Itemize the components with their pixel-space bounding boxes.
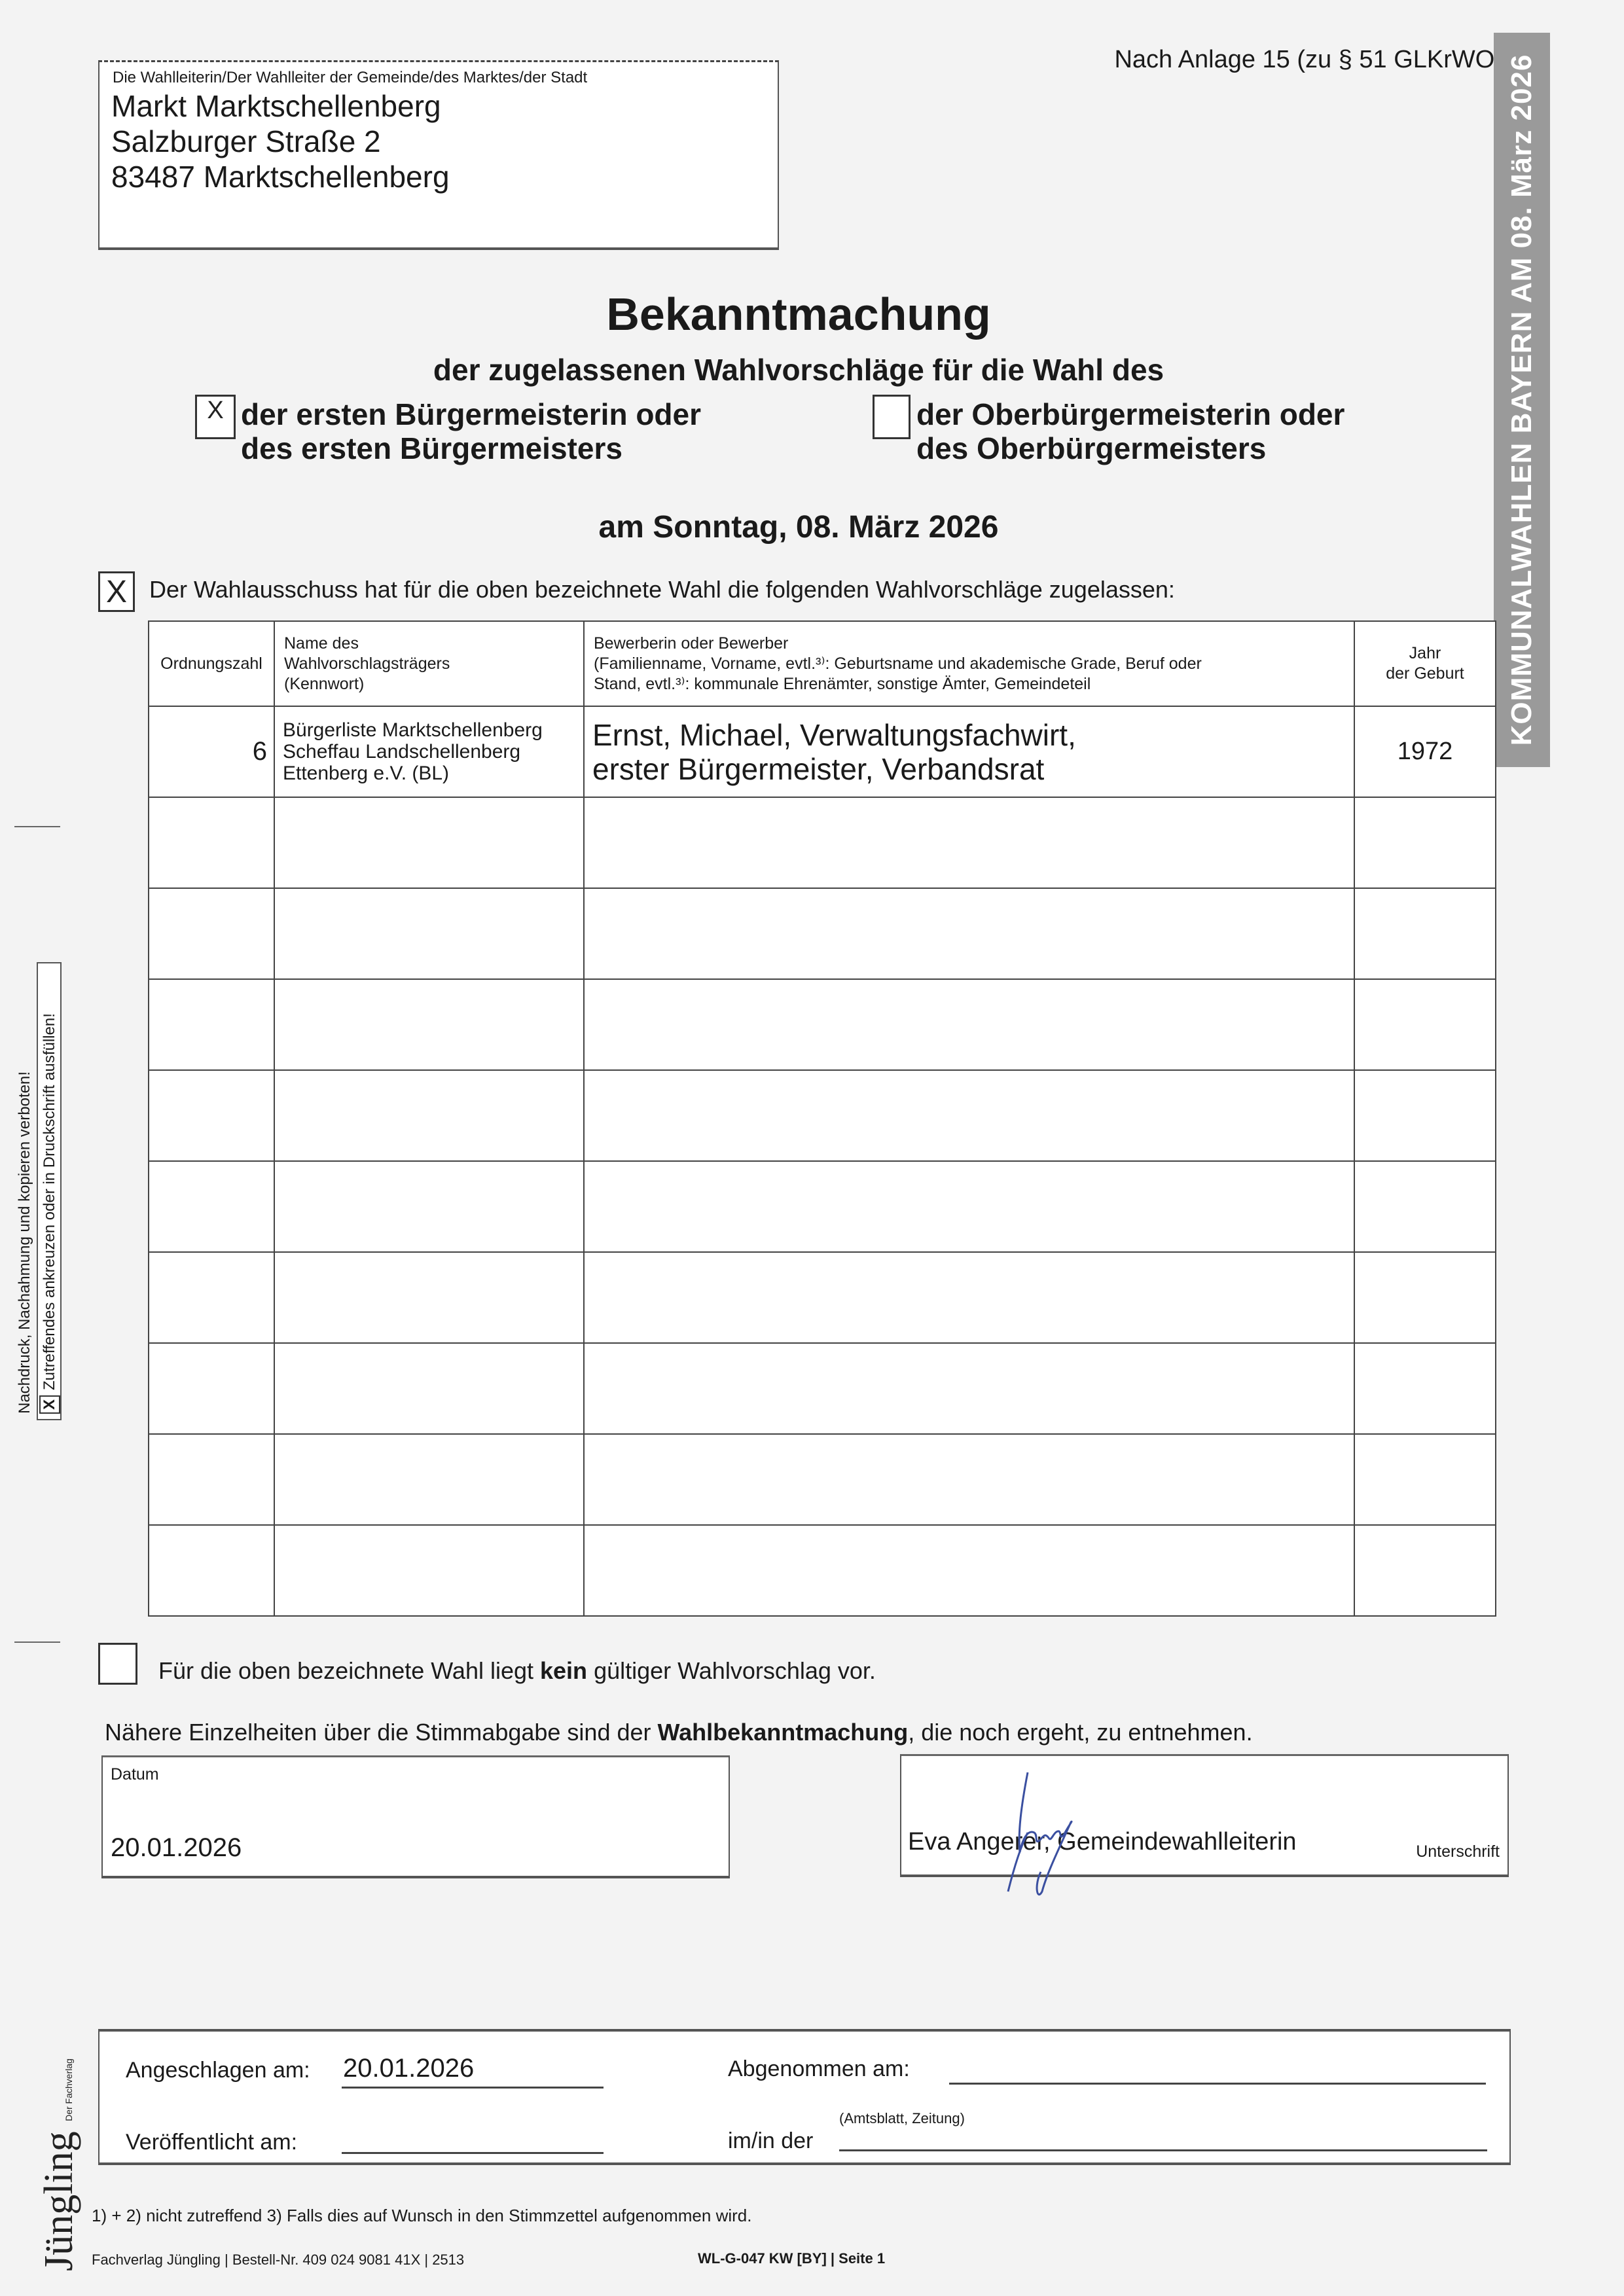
header-text: Wahlvorschlagsträgers <box>284 654 583 674</box>
date-label: Datum <box>111 1765 159 1784</box>
header-text: Bewerberin oder Bewerber <box>594 634 1354 654</box>
cell-order[interactable] <box>149 1434 274 1525</box>
medium-field[interactable] <box>839 2149 1487 2151</box>
cell-year[interactable] <box>1354 797 1496 888</box>
cell-candidate[interactable] <box>584 1343 1354 1434</box>
header-text: (Kennwort) <box>284 674 583 694</box>
header-text: (Familienname, Vorname, evtl.³⁾: Geburts… <box>594 654 1354 674</box>
table-row: 6 Bürgerliste Marktschellenberg Scheffau… <box>149 706 1496 797</box>
instruction-text: Zutreffendes ankreuzen oder in Druckschr… <box>41 1013 58 1390</box>
cell-order[interactable] <box>149 888 274 979</box>
cell-order[interactable] <box>149 1343 274 1434</box>
cell-order[interactable] <box>149 979 274 1070</box>
cell-year[interactable] <box>1354 1525 1496 1616</box>
date-box: Datum 20.01.2026 <box>101 1755 730 1878</box>
cell-year: 1972 <box>1354 706 1496 797</box>
cell-order[interactable] <box>149 1070 274 1161</box>
cell-candidate[interactable] <box>584 888 1354 979</box>
cell-candidate: Ernst, Michael, Verwaltungsfachwirt, ers… <box>584 706 1354 797</box>
cell-party[interactable] <box>274 1525 584 1616</box>
published-label: Veröffentlicht am: <box>126 2130 297 2155</box>
cell-party[interactable] <box>274 888 584 979</box>
table-row-empty <box>149 979 1496 1070</box>
removed-field[interactable] <box>949 2083 1486 2085</box>
text: gültiger Wahlvorschlag vor. <box>587 1657 876 1684</box>
details-note: Nähere Einzelheiten über die Stimmabgabe… <box>105 1719 1253 1746</box>
cell-year[interactable] <box>1354 1161 1496 1252</box>
posted-value[interactable]: 20.01.2026 <box>343 2054 474 2083</box>
cell-candidate[interactable] <box>584 797 1354 888</box>
cell-year[interactable] <box>1354 1252 1496 1343</box>
text: Für die oben bezeichnete Wahl liegt <box>158 1657 540 1684</box>
party-line: Bürgerliste Marktschellenberg <box>283 719 583 741</box>
cell-order[interactable] <box>149 1525 274 1616</box>
party-line: Scheffau Landschellenberg <box>283 741 583 762</box>
date-value[interactable]: 20.01.2026 <box>111 1833 242 1863</box>
handwritten-signature-icon <box>982 1767 1087 1898</box>
text: , die noch ergeht, zu entnehmen. <box>908 1719 1252 1746</box>
option-line: der Oberbürgermeisterin oder <box>916 397 1344 431</box>
fold-mark <box>14 826 60 827</box>
admitted-statement: Der Wahlausschuss hat für die oben bezei… <box>149 576 1175 603</box>
cell-party[interactable] <box>274 797 584 888</box>
table-header-row: Ordnungszahl Name des Wahlvorschlagsträg… <box>149 621 1496 706</box>
table-row-empty <box>149 1434 1496 1525</box>
cell-candidate[interactable] <box>584 979 1354 1070</box>
text-bold: kein <box>540 1657 587 1684</box>
legal-reference: Nach Anlage 15 (zu § 51 GLKrWO) <box>1114 46 1503 74</box>
cell-party[interactable] <box>274 979 584 1070</box>
election-side-band: KOMMUNALWAHLEN BAYERN AM 08. März 2026 <box>1494 33 1550 767</box>
instruction-note: XZutreffendes ankreuzen oder in Drucksch… <box>39 1013 60 1414</box>
signature-label: Unterschrift <box>1416 1842 1500 1861</box>
header-text: der Geburt <box>1355 664 1495 684</box>
option-line: der ersten Bürgermeisterin oder <box>241 397 701 431</box>
posted-label: Angeschlagen am: <box>126 2058 310 2083</box>
cell-year[interactable] <box>1354 979 1496 1070</box>
text: Nähere Einzelheiten über die Stimmabgabe… <box>105 1719 658 1746</box>
cell-candidate[interactable] <box>584 1070 1354 1161</box>
authority-line-1: Markt Marktschellenberg <box>111 88 441 124</box>
table-row-empty <box>149 1161 1496 1252</box>
authority-line-3: 83487 Marktschellenberg <box>111 159 450 194</box>
checkbox-no-valid-proposal[interactable] <box>98 1643 137 1685</box>
table-row-empty <box>149 1070 1496 1161</box>
checkbox-oberbuergermeister[interactable] <box>873 395 911 439</box>
checkbox-erster-buergermeister[interactable]: X <box>195 395 236 439</box>
no-valid-proposal-text: Für die oben bezeichnete Wahl liegt kein… <box>158 1657 876 1685</box>
authority-line-2: Salzburger Straße 2 <box>111 124 381 159</box>
option-oberbuergermeister: der Oberbürgermeisterin oder des Oberbür… <box>916 397 1344 465</box>
checkbox-admitted[interactable]: X <box>98 571 135 612</box>
election-date: am Sonntag, 08. März 2026 <box>0 509 1597 545</box>
cell-year[interactable] <box>1354 888 1496 979</box>
logo-text: Jüngling <box>37 2131 81 2271</box>
table-row-empty <box>149 888 1496 979</box>
candidate-line: erster Bürgermeister, Verbandsrat <box>592 752 1354 786</box>
authority-address-box: Die Wahlleiterin/Der Wahlleiter der Geme… <box>98 60 779 250</box>
authority-caption: Die Wahlleiterin/Der Wahlleiter der Geme… <box>113 69 587 87</box>
page-subtitle: der zugelassenen Wahlvorschläge für die … <box>0 352 1597 387</box>
cell-order[interactable] <box>149 797 274 888</box>
medium-hint: (Amtsblatt, Zeitung) <box>839 2110 965 2127</box>
cell-order: 6 <box>149 706 274 797</box>
cell-year[interactable] <box>1354 1343 1496 1434</box>
cell-party[interactable] <box>274 1343 584 1434</box>
signatory-name: Eva Angerer, Gemeindewahlleiterin <box>908 1828 1297 1856</box>
header-candidate: Bewerberin oder Bewerber (Familienname, … <box>584 621 1354 706</box>
option-line: des ersten Bürgermeisters <box>241 431 701 465</box>
table-row-empty <box>149 1525 1496 1616</box>
cell-order[interactable] <box>149 1161 274 1252</box>
cell-candidate[interactable] <box>584 1525 1354 1616</box>
fold-mark <box>14 1641 60 1643</box>
text-bold: Wahlbekanntmachung <box>658 1719 909 1746</box>
posted-underline <box>342 2087 604 2089</box>
cell-party[interactable] <box>274 1161 584 1252</box>
cell-year[interactable] <box>1354 1070 1496 1161</box>
cell-year[interactable] <box>1354 1434 1496 1525</box>
cell-party: Bürgerliste Marktschellenberg Scheffau L… <box>274 706 584 797</box>
cell-candidate[interactable] <box>584 1434 1354 1525</box>
copyright-note: Nachdruck, Nachahmung und kopieren verbo… <box>16 1071 34 1414</box>
option-line: des Oberbürgermeisters <box>916 431 1344 465</box>
cell-candidate[interactable] <box>584 1252 1354 1343</box>
cell-party[interactable] <box>274 1252 584 1343</box>
table-row-empty <box>149 1343 1496 1434</box>
side-band-text: KOMMUNALWAHLEN BAYERN AM 08. März 2026 <box>1506 54 1538 746</box>
table-row-empty <box>149 797 1496 888</box>
cell-order[interactable] <box>149 1252 274 1343</box>
cell-party[interactable] <box>274 1070 584 1161</box>
medium-label: im/in der <box>728 2128 813 2154</box>
header-party: Name des Wahlvorschlagsträgers (Kennwort… <box>274 621 584 706</box>
posting-record-box: Angeschlagen am: 20.01.2026 Abgenommen a… <box>98 2029 1511 2165</box>
header-year: Jahr der Geburt <box>1354 621 1496 706</box>
cell-party[interactable] <box>274 1434 584 1525</box>
footnote: 1) + 2) nicht zutreffend 3) Falls dies a… <box>92 2206 751 2226</box>
published-field[interactable] <box>342 2152 604 2154</box>
party-line: Ettenberg e.V. (BL) <box>283 762 583 784</box>
form-number: WL-G-047 KW [BY] | Seite 1 <box>698 2250 885 2267</box>
header-order: Ordnungszahl <box>149 621 274 706</box>
page-title: Bekanntmachung <box>0 288 1597 340</box>
header-text: Stand, evtl.³⁾: kommunale Ehrenämter, so… <box>594 674 1354 694</box>
removed-label: Abgenommen am: <box>728 2056 910 2082</box>
candidate-line: Ernst, Michael, Verwaltungsfachwirt, <box>592 718 1354 752</box>
option-erster-buergermeister: der ersten Bürgermeisterin oder des erst… <box>241 397 701 465</box>
logo-subtext: Der Fachverlag <box>63 2058 74 2121</box>
publisher-logo: Jüngling Der Fachverlag <box>36 2058 82 2271</box>
publisher-info: Fachverlag Jüngling | Bestell-Nr. 409 02… <box>92 2251 464 2269</box>
table-row-empty <box>149 1252 1496 1343</box>
proposals-table: Ordnungszahl Name des Wahlvorschlagsträg… <box>148 620 1496 1617</box>
header-text: Name des <box>284 634 583 654</box>
header-text: Jahr <box>1355 643 1495 664</box>
instruction-checkbox-icon: X <box>39 1395 60 1414</box>
cell-candidate[interactable] <box>584 1161 1354 1252</box>
